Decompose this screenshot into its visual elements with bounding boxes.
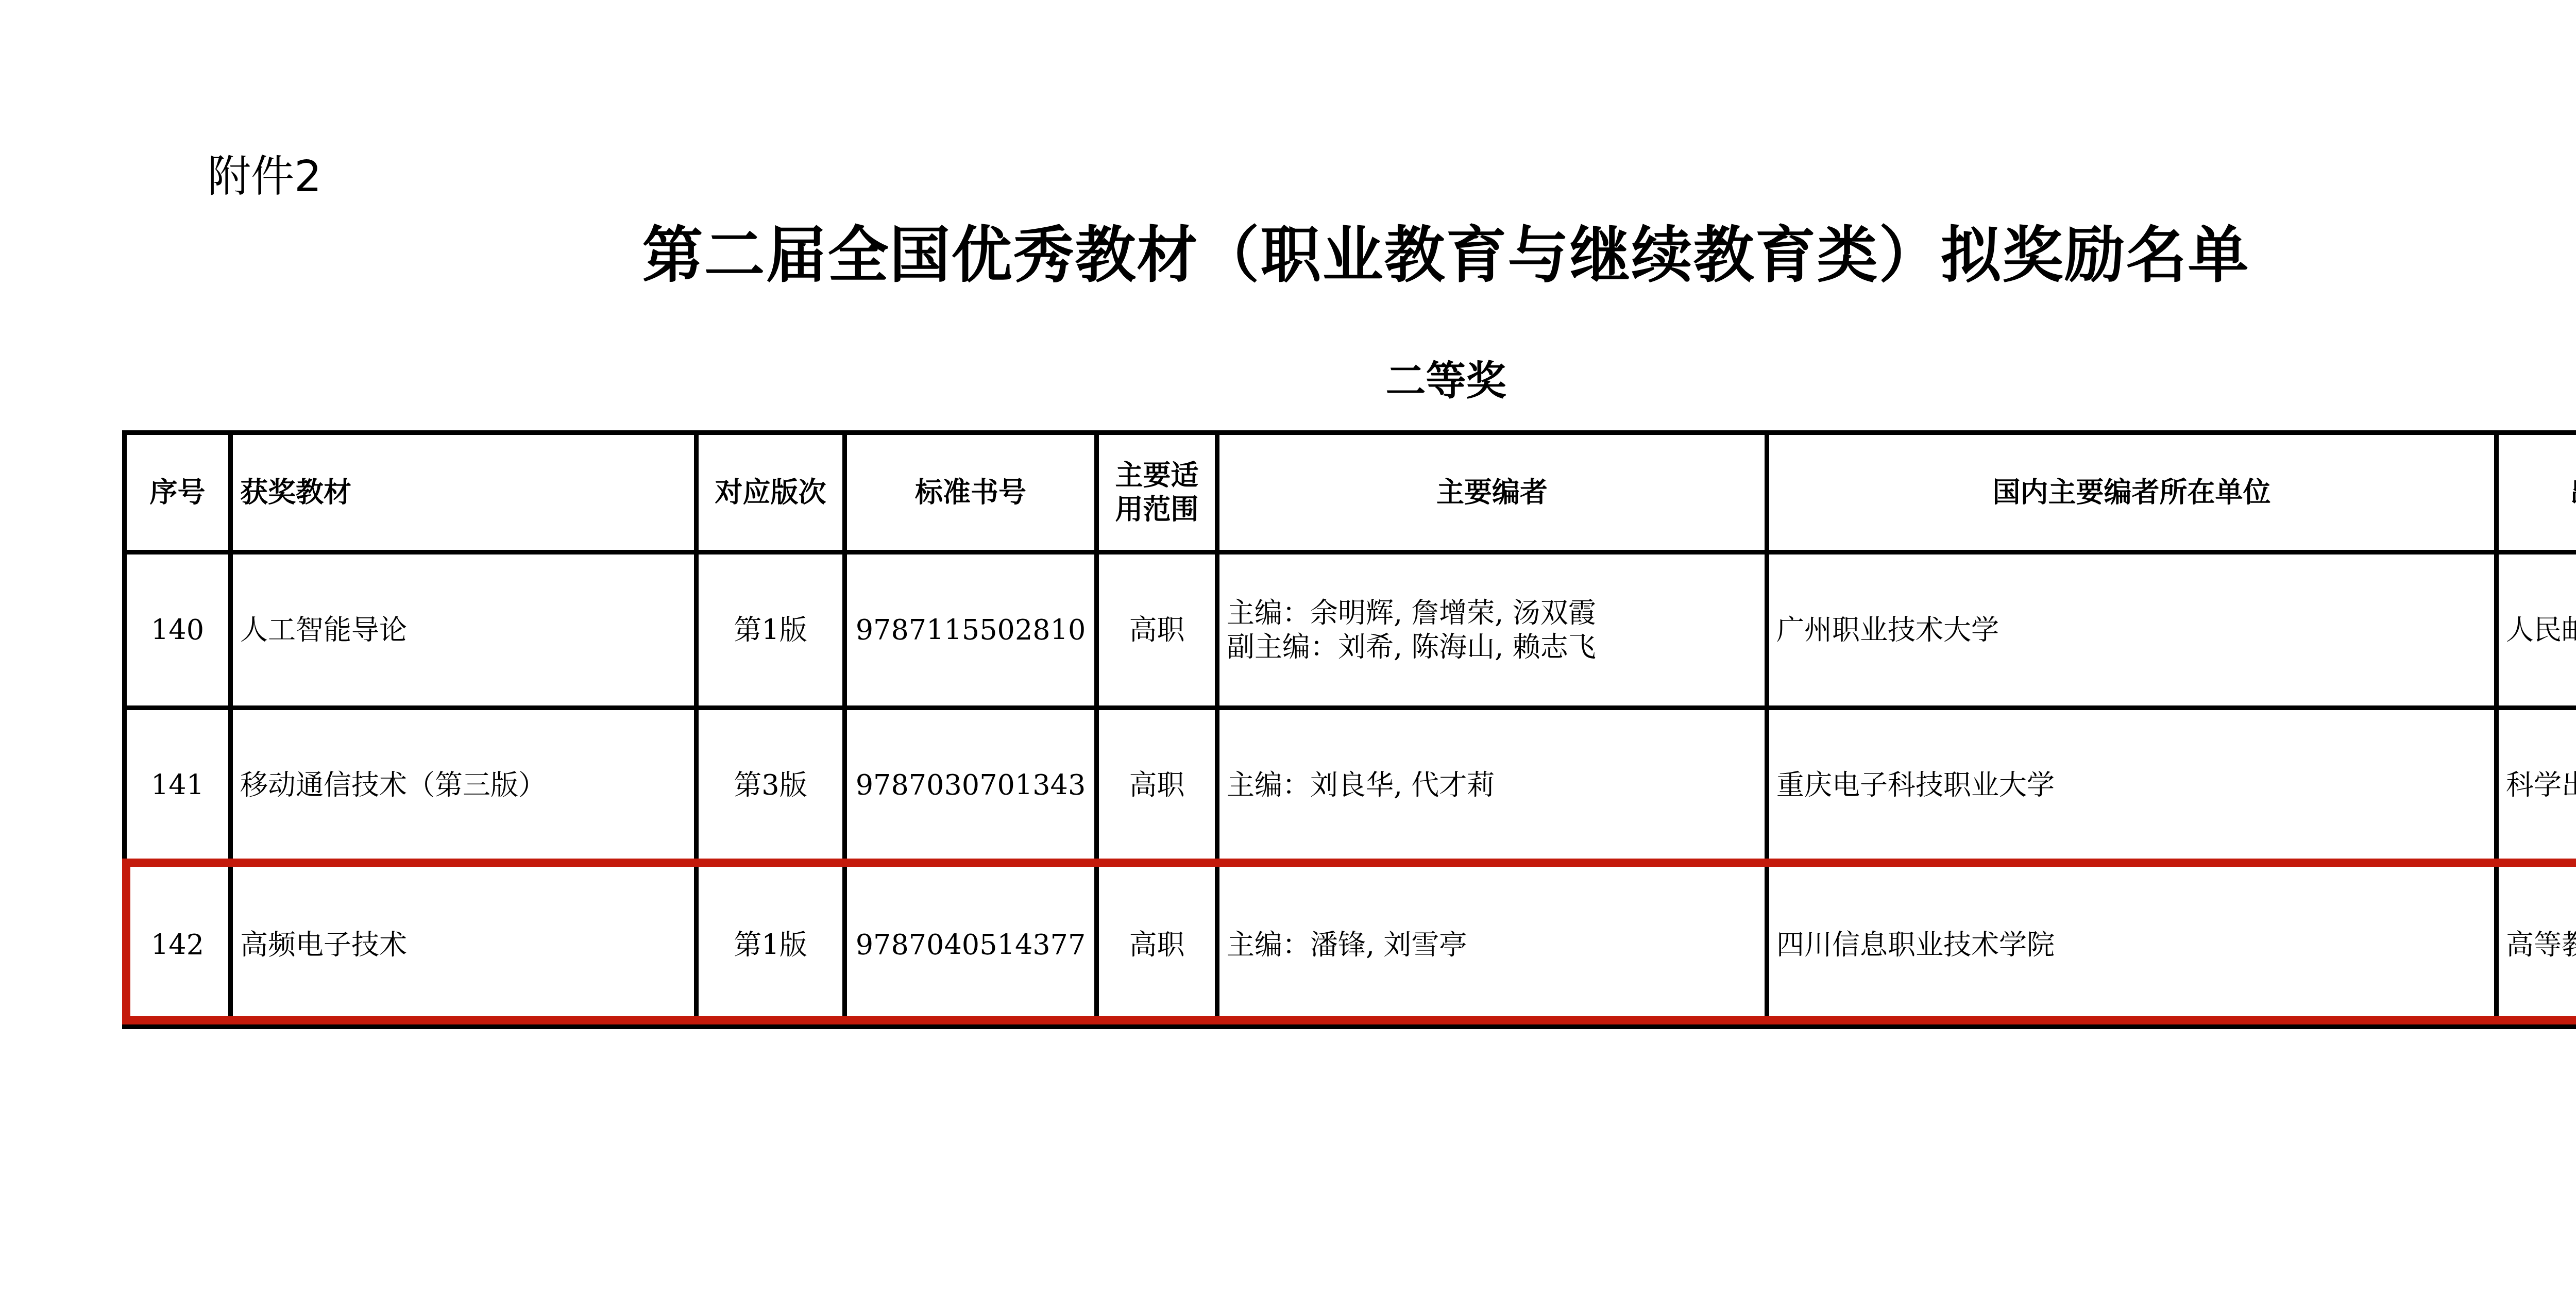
cell-publisher: 高等教育出版社 <box>2497 863 2576 1027</box>
cell-textbook: 人工智能导论 <box>231 552 697 708</box>
table-row-highlighted: 142 高频电子技术 第1版 9787040514377 高职 主编：潘锋, 刘… <box>125 863 2576 1027</box>
cell-isbn: 9787115502810 <box>845 552 1097 708</box>
cell-institution: 重庆电子科技职业大学 <box>1767 708 2497 863</box>
header-editors: 主要编者 <box>1217 433 1767 552</box>
attachment-label: 附件2 <box>208 150 321 202</box>
table-header-row: 序号 获奖教材 对应版次 标准书号 主要适 用范围 主要编者 国内主要编者所在单… <box>125 433 2576 552</box>
header-scope-line1: 主要适 <box>1106 459 1208 493</box>
award-table: 序号 获奖教材 对应版次 标准书号 主要适 用范围 主要编者 国内主要编者所在单… <box>122 430 2576 1029</box>
cell-edition: 第3版 <box>697 708 845 863</box>
cell-publisher: 人民邮电出版社 <box>2497 552 2576 708</box>
award-level-heading: 二等奖 <box>0 356 2576 407</box>
header-isbn: 标准书号 <box>845 433 1097 552</box>
table-row: 140 人工智能导论 第1版 9787115502810 高职 主编：余明辉, … <box>125 552 2576 708</box>
cell-editors: 主编：刘良华, 代才莉 <box>1217 708 1767 863</box>
header-institution: 国内主要编者所在单位 <box>1767 433 2497 552</box>
chief-editors: 主编：潘锋, 刘雪亭 <box>1227 928 1757 962</box>
header-seq: 序号 <box>125 433 231 552</box>
header-textbook: 获奖教材 <box>231 433 697 552</box>
chief-editors: 主编：余明辉, 詹增荣, 汤双霞 <box>1227 596 1757 630</box>
cell-edition: 第1版 <box>697 863 845 1027</box>
cell-publisher: 科学出版社 <box>2497 708 2576 863</box>
cell-seq: 142 <box>125 863 231 1027</box>
header-publisher: 出版单位 <box>2497 433 2576 552</box>
cell-scope: 高职 <box>1097 552 1217 708</box>
cell-seq: 140 <box>125 552 231 708</box>
cell-scope: 高职 <box>1097 708 1217 863</box>
cell-institution: 广州职业技术大学 <box>1767 552 2497 708</box>
cell-isbn: 9787030701343 <box>845 708 1097 863</box>
cell-isbn: 9787040514377 <box>845 863 1097 1027</box>
cell-scope: 高职 <box>1097 863 1217 1027</box>
deputy-editors: 副主编：刘希, 陈海山, 赖志飞 <box>1227 630 1757 664</box>
cell-textbook: 高频电子技术 <box>231 863 697 1027</box>
header-edition: 对应版次 <box>697 433 845 552</box>
table-row: 141 移动通信技术（第三版） 第3版 9787030701343 高职 主编：… <box>125 708 2576 863</box>
cell-editors: 主编：潘锋, 刘雪亭 <box>1217 863 1767 1027</box>
header-scope-line2: 用范围 <box>1106 493 1208 527</box>
cell-textbook: 移动通信技术（第三版） <box>231 708 697 863</box>
cell-edition: 第1版 <box>697 552 845 708</box>
header-scope: 主要适 用范围 <box>1097 433 1217 552</box>
cell-institution: 四川信息职业技术学院 <box>1767 863 2497 1027</box>
cell-seq: 141 <box>125 708 231 863</box>
document-title: 第二届全国优秀教材（职业教育与继续教育类）拟奖励名单 <box>0 219 2576 291</box>
chief-editors: 主编：刘良华, 代才莉 <box>1227 768 1757 802</box>
cell-editors: 主编：余明辉, 詹增荣, 汤双霞 副主编：刘希, 陈海山, 赖志飞 <box>1217 552 1767 708</box>
